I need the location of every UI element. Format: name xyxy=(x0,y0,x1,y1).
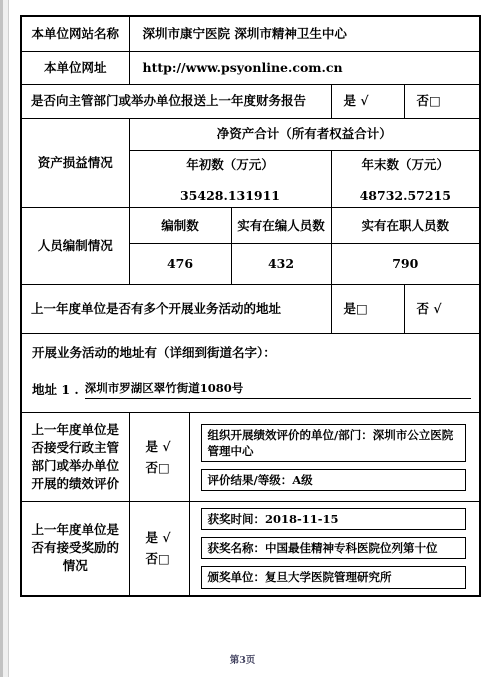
financial-report-no-checkbox: 否□ xyxy=(404,85,480,119)
multi-address-question: 上一年度单位是否有多个开展业务活动的地址 xyxy=(21,285,331,334)
staffing-val2: 432 xyxy=(231,244,331,285)
row-addresses: 开展业务活动的地址有（详细到街道名字）： 地址 1 . 深圳市罗湖区翠竹街道10… xyxy=(21,334,480,413)
awards-detail-cell: 获奖时间：2018-11-15 获奖名称：中国最佳精神专科医院位列第十位 颁奖单… xyxy=(189,502,480,596)
website-url-label: 本单位网址 xyxy=(21,52,129,85)
multi-address-yes-checkbox: 是□ xyxy=(331,285,404,334)
row-awards: 上一年度单位是否有接受奖励的情况 是 √ 否□ 获奖时间：2018-11-15 … xyxy=(21,502,480,596)
addresses-heading: 开展业务活动的地址有（详细到街道名字）： xyxy=(32,344,471,362)
website-url-value: http://www.psyonline.com.cn xyxy=(129,52,480,85)
staffing-val1: 476 xyxy=(129,244,231,285)
address-1-label: 地址 1 . xyxy=(32,381,79,399)
row-assets-header: 资产损益情况 净资产合计（所有者权益合计） xyxy=(21,119,480,151)
performance-detail-cell: 组织开展绩效评价的单位/部门：深圳市公立医院管理中心 评价结果/等级：A级 xyxy=(189,413,480,502)
row-website-url: 本单位网址 http://www.psyonline.com.cn xyxy=(21,52,480,85)
website-name-label: 本单位网站名称 xyxy=(21,16,129,52)
performance-result-box: 评价结果/等级：A级 xyxy=(201,469,467,491)
financial-report-yes-checkbox: 是 √ xyxy=(331,85,404,119)
performance-no-checkbox: 否□ xyxy=(146,459,185,477)
address-1-value: 深圳市罗湖区翠竹街道1080号 xyxy=(85,380,471,399)
annual-report-form-table: 本单位网站名称 深圳市康宁医院 深圳市精神卫生中心 本单位网址 http://w… xyxy=(20,15,481,597)
row-performance-evaluation: 上一年度单位是否接受行政主管部门或举办单位开展的绩效评价 是 √ 否□ 组织开展… xyxy=(21,413,480,502)
awards-no-checkbox: 否□ xyxy=(146,550,185,568)
performance-yesno-cell: 是 √ 否□ xyxy=(129,413,189,502)
financial-report-question: 是否向主管部门或举办单位报送上一年度财务报告 xyxy=(21,85,331,119)
staffing-col3-header: 实有在职人员数 xyxy=(331,208,480,244)
performance-org-box: 组织开展绩效评价的单位/部门：深圳市公立医院管理中心 xyxy=(201,424,467,462)
website-name-value: 深圳市康宁医院 深圳市精神卫生中心 xyxy=(129,16,480,52)
net-assets-header: 净资产合计（所有者权益合计） xyxy=(129,119,480,151)
year-begin-value: 35428.131911 xyxy=(180,187,280,205)
performance-yes-checkbox: 是 √ xyxy=(146,438,185,456)
award-name-box: 获奖名称：中国最佳精神专科医院位列第十位 xyxy=(201,537,467,559)
multi-address-no-checkbox: 否 √ xyxy=(404,285,480,334)
page-number: 第3页 xyxy=(0,652,485,666)
staffing-col1-header: 编制数 xyxy=(129,208,231,244)
staffing-label: 人员编制情况 xyxy=(21,208,129,285)
year-begin-cell: 年初数（万元） 35428.131911 xyxy=(129,151,331,208)
row-financial-report: 是否向主管部门或举办单位报送上一年度财务报告 是 √ 否□ xyxy=(21,85,480,119)
awards-label: 上一年度单位是否有接受奖励的情况 xyxy=(21,502,129,596)
performance-label: 上一年度单位是否接受行政主管部门或举办单位开展的绩效评价 xyxy=(21,413,129,502)
awards-yes-checkbox: 是 √ xyxy=(146,529,185,547)
page-edge-border xyxy=(3,0,9,677)
year-begin-label: 年初数（万元） xyxy=(186,156,274,174)
staffing-val3: 790 xyxy=(331,244,480,285)
address-1-line: 地址 1 . 深圳市罗湖区翠竹街道1080号 xyxy=(32,380,471,399)
award-time-box: 获奖时间：2018-11-15 xyxy=(201,508,467,530)
award-issuer-box: 颁奖单位：复旦大学医院管理研究所 xyxy=(201,566,467,588)
row-multi-address: 上一年度单位是否有多个开展业务活动的地址 是□ 否 √ xyxy=(21,285,480,334)
year-end-label: 年末数（万元） xyxy=(362,156,450,174)
year-end-cell: 年末数（万元） 48732.57215 xyxy=(331,151,480,208)
addresses-cell: 开展业务活动的地址有（详细到街道名字）： 地址 1 . 深圳市罗湖区翠竹街道10… xyxy=(21,334,480,413)
assets-label: 资产损益情况 xyxy=(21,119,129,208)
row-staffing-header: 人员编制情况 编制数 实有在编人员数 实有在职人员数 xyxy=(21,208,480,244)
row-website-name: 本单位网站名称 深圳市康宁医院 深圳市精神卫生中心 xyxy=(21,16,480,52)
year-end-value: 48732.57215 xyxy=(360,187,451,205)
staffing-col2-header: 实有在编人员数 xyxy=(231,208,331,244)
awards-yesno-cell: 是 √ 否□ xyxy=(129,502,189,596)
